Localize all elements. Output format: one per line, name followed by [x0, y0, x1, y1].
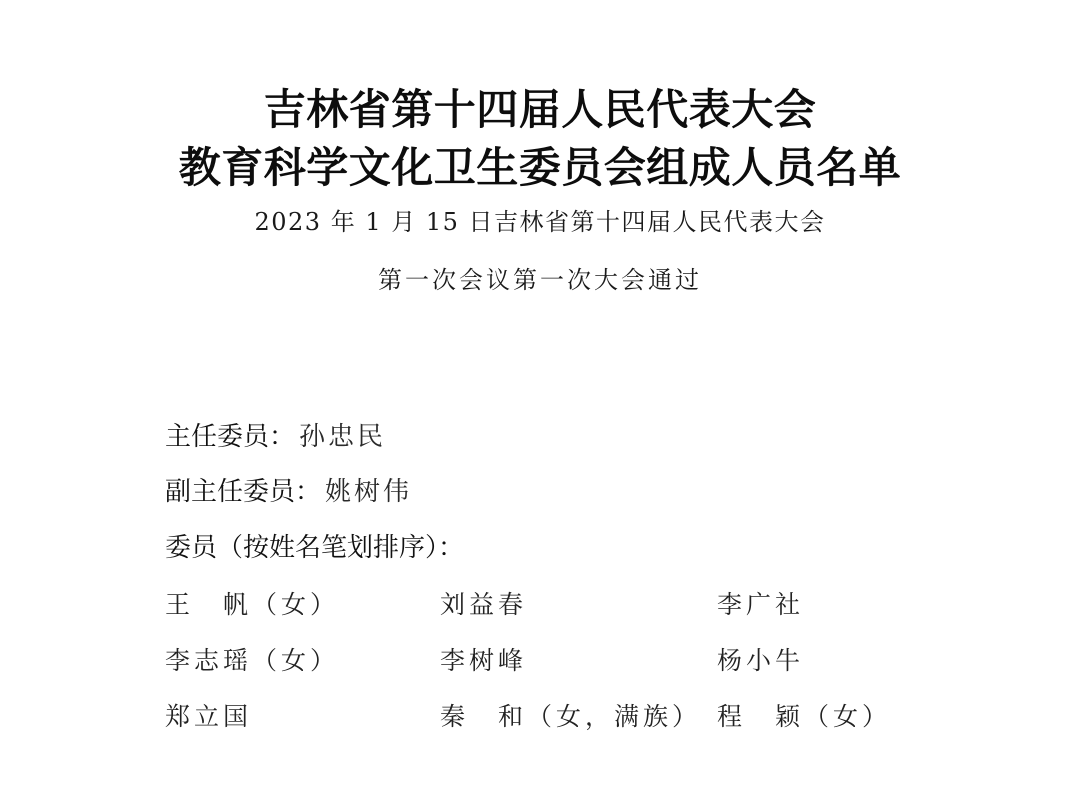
member-name: 郑立国 [165, 702, 252, 732]
adoption-date-line: 2023 年 1 月 15 日吉林省第十四届人民代表大会 [0, 207, 1080, 237]
document-title-line-2: 教育科学文化卫生委员会组成人员名单 [0, 143, 1080, 193]
member-name: 李广社 [717, 590, 804, 620]
vice-chair-line: 副主任委员：姚树伟 [165, 476, 412, 508]
member-name: 李树峰 [440, 646, 527, 676]
document-page: 吉林省第十四届人民代表大会 教育科学文化卫生委员会组成人员名单 2023 年 1… [0, 0, 1080, 800]
member-name: 程 颖（女） [717, 702, 891, 732]
member-name: 王 帆（女） [165, 590, 339, 620]
members-heading: 委员（按姓名笔划排序）： [165, 533, 464, 563]
chair-name: 孙忠民 [299, 422, 386, 452]
vice-chair-label: 副主任委员： [165, 477, 321, 507]
vice-chair-name: 姚树伟 [325, 477, 412, 507]
member-name: 刘益春 [440, 590, 527, 620]
chair-label: 主任委员： [165, 422, 295, 452]
member-name: 杨小牛 [717, 646, 804, 676]
member-name: 秦 和（女，满族） [440, 702, 701, 732]
members-heading-line: 委员（按姓名笔划排序）： [165, 532, 464, 564]
document-title-line-1: 吉林省第十四届人民代表大会 [0, 85, 1080, 135]
adoption-session-line: 第一次会议第一次大会通过 [0, 265, 1080, 295]
chair-line: 主任委员：孙忠民 [165, 421, 386, 453]
member-name: 李志瑶（女） [165, 646, 339, 676]
